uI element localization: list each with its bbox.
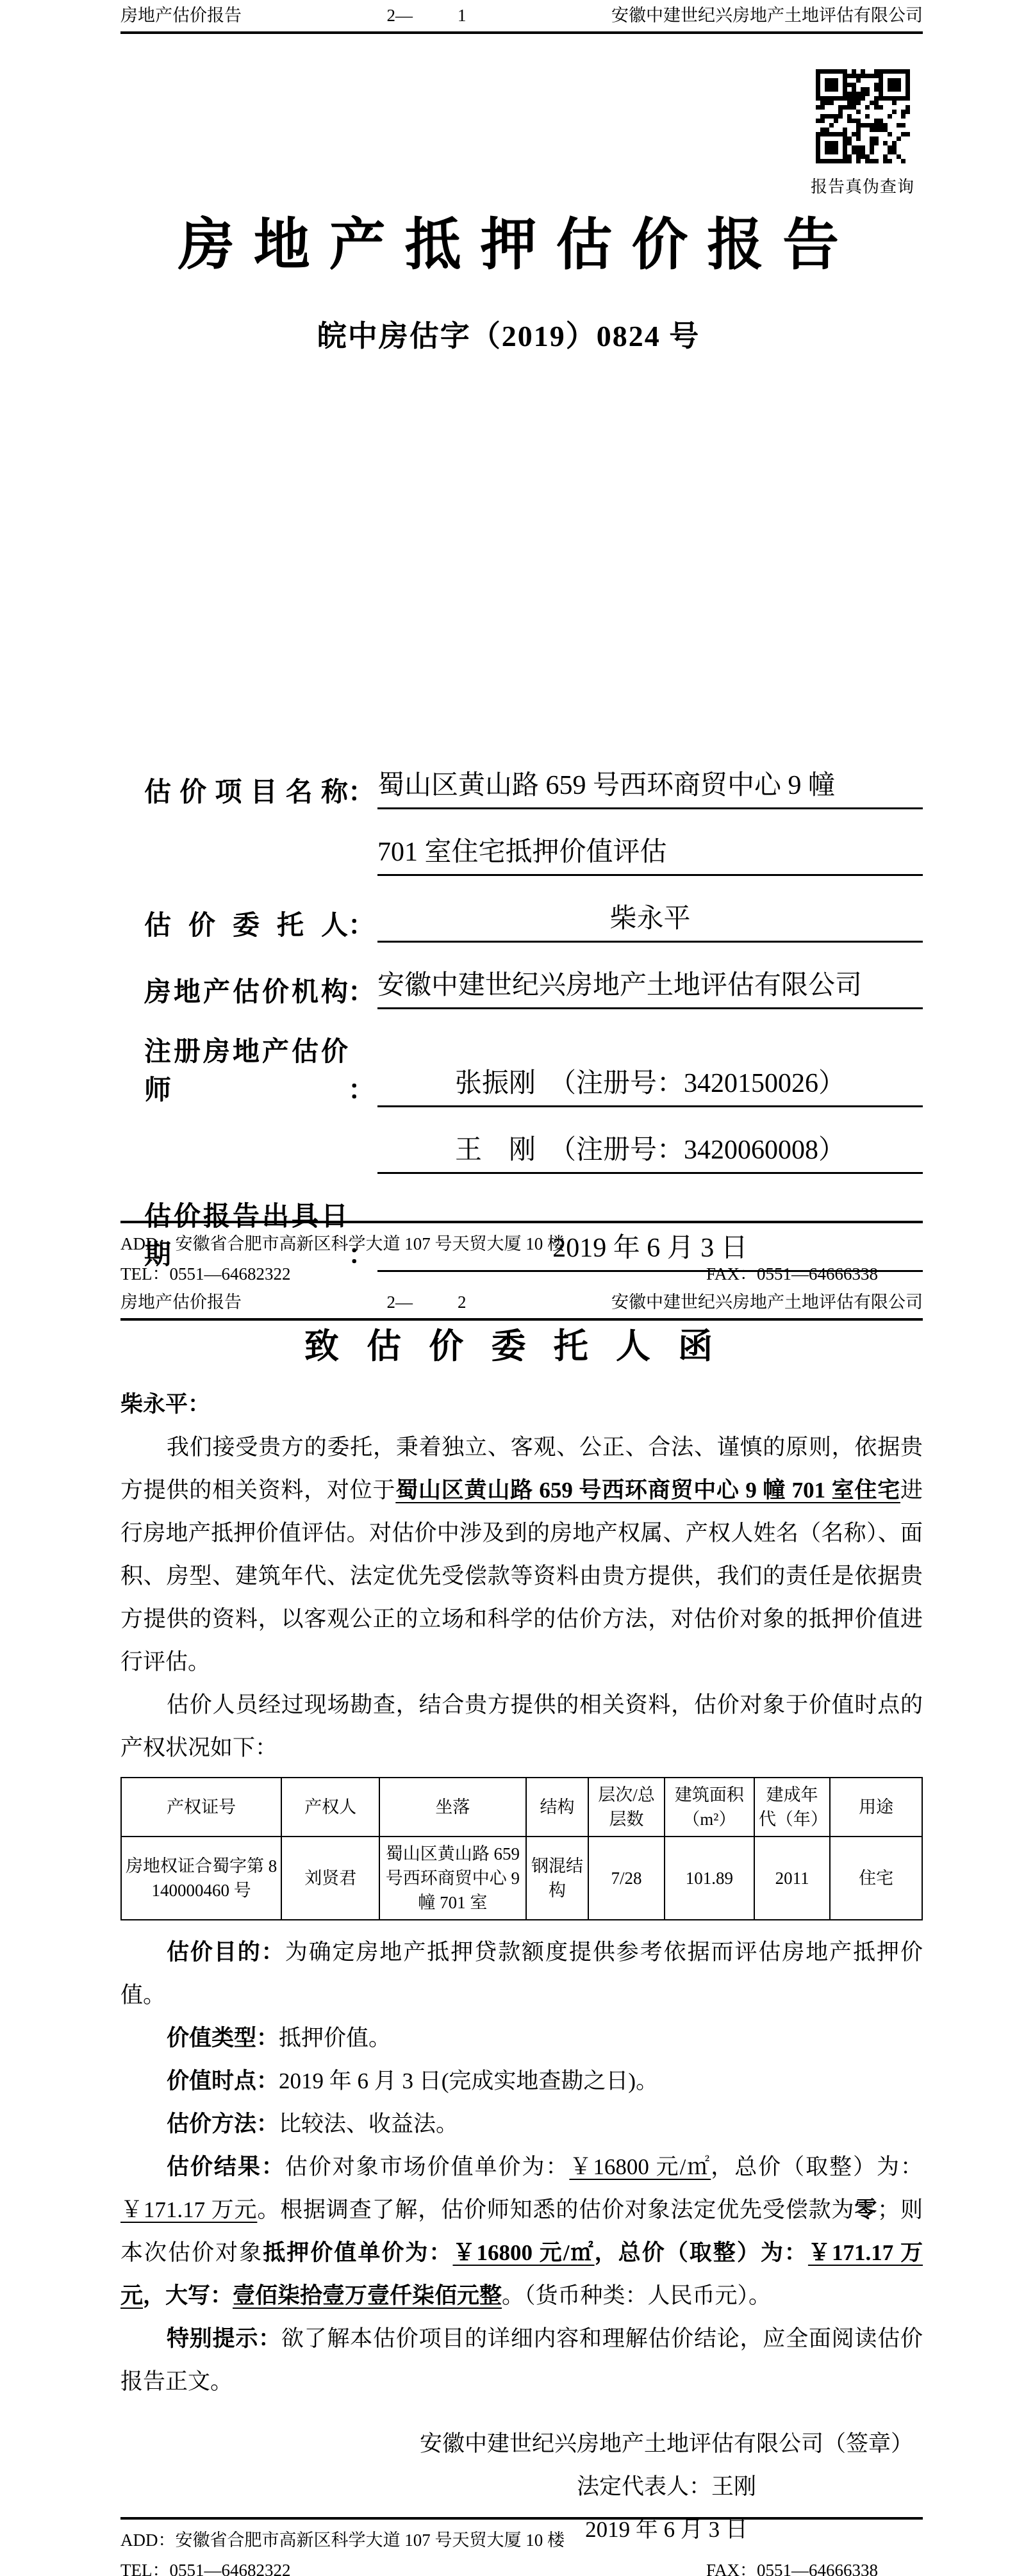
form-value: 701 室住宅抵押价值评估 (377, 830, 923, 876)
letter-paragraph-2: 估价人员经过现场勘查，结合贵方提供的相关资料，估价对象于价值时点的产权状况如下： (120, 1683, 923, 1769)
text-segment: 特别提示： (167, 2326, 281, 2351)
text-segment: 总价（取整）为： (618, 2240, 808, 2265)
form-value: 蜀山区黄山路 659 号西环商贸中心 9 幢 (377, 764, 923, 809)
form-row: 房地产估价机构：安徽中建世纪兴房地产土地评估有限公司 (144, 964, 923, 1009)
qr-caption: 报告真伪查询 (806, 174, 919, 197)
text-segment: 价值时点： (167, 2068, 279, 2093)
form-row: 王 刚 （注册号：3420060008） (144, 1128, 923, 1174)
letter-item: 估价目的：为确定房地产抵押贷款额度提供参考依据而评估房地产抵押价值。 (120, 1931, 923, 2017)
table-header-row: 产权证号产权人坐落结构层次/总层数建筑面积（m²）建成年代（年）用途 (121, 1778, 922, 1837)
table-header-cell: 建筑面积（m²） (665, 1778, 754, 1837)
table-cell: 住宅 (830, 1837, 922, 1920)
letter-item: 估价方法：比较法、收益法。 (120, 2102, 923, 2145)
result-paragraph: 估价结果：估价对象市场价值单价为：￥16800 元/㎡，总价（取整）为：￥171… (120, 2145, 923, 2317)
text-segment: 估价对象市场价值单价为： (285, 2154, 570, 2179)
text-segment: 。（货币种类：人民币元）。 (502, 2283, 771, 2308)
table-cell: 101.89 (665, 1837, 754, 1920)
header-doc-type: 房地产估价报告 (120, 1, 242, 26)
table-cell: 钢混结构 (526, 1837, 589, 1920)
footer-tel: TEL：0551—64682322 (120, 2556, 290, 2576)
text-segment: 蜀山区黄山路 659 号西环商贸中心 9 幢 701 室住宅 (395, 1478, 900, 1503)
form-value: 安徽中建世纪兴房地产土地评估有限公司 (377, 964, 923, 1009)
page1-footer: ADD：安徽省合肥市高新区科学大道 107 号天贸大厦 10 楼 TEL：055… (120, 1221, 923, 1285)
footer-fax: FAX：0551—64666338 (706, 2556, 878, 2576)
header-company: 安徽中建世纪兴房地产土地评估有限公司 (611, 1288, 923, 1313)
text-segment: 零 (854, 2197, 877, 2222)
text-segment: ，总价（取整）为： (711, 2154, 923, 2179)
form-colon: ： (348, 904, 377, 943)
form-label: 注册房地产估价师 (144, 1030, 348, 1107)
report-doc-number: 皖中房估字（2019）0824 号 (0, 313, 1017, 355)
header-page-no: 1 (458, 6, 467, 26)
table-header-cell: 建成年代（年） (754, 1778, 830, 1837)
table-cell: 刘贤君 (281, 1837, 379, 1920)
footer-address: ADD：安徽省合肥市高新区科学大道 107 号天贸大厦 10 楼 (120, 1230, 923, 1255)
table-cell: 蜀山区黄山路 659 号西环商贸中心 9 幢 701 室 (379, 1837, 526, 1920)
form-value: 张振刚 （注册号：3420150026） (377, 1062, 923, 1107)
form-colon: ： (348, 771, 377, 809)
table-cell: 2011 (754, 1837, 830, 1920)
report-document: 房地产估价报告 2— 1 安徽中建世纪兴房地产土地评估有限公司 报告真伪查询 房… (0, 0, 1017, 2576)
report-title: 房地产抵押估价报告 (0, 200, 1017, 281)
header-doc-type: 房地产估价报告 (120, 1288, 242, 1313)
qr-block: 报告真伪查询 (806, 69, 919, 197)
header-page-token: 2— (387, 6, 413, 26)
form-label: 估价项目名称 (144, 771, 348, 809)
footer-tel: TEL：0551—64682322 (120, 1260, 290, 1285)
footer-fax: FAX：0551—64666338 (706, 1260, 878, 1285)
header-page-number: 2— 1 (242, 6, 611, 26)
text-segment: 价值类型： (167, 2026, 279, 2051)
header-page-number: 2— 2 (242, 1292, 611, 1312)
text-segment: 估价人员经过现场勘查，结合贵方提供的相关资料，估价对象于价值时点的产权状况如下： (120, 1692, 923, 1760)
text-segment: 抵押价值。 (279, 2026, 391, 2051)
header-company: 安徽中建世纪兴房地产土地评估有限公司 (611, 1, 923, 26)
text-segment: ￥16800 元/㎡ (569, 2154, 711, 2179)
qr-code-icon (806, 69, 919, 163)
letter-items: 估价目的：为确定房地产抵押贷款额度提供参考依据而评估房地产抵押价值。价值类型：抵… (120, 1931, 923, 2145)
table-header-cell: 产权证号 (121, 1778, 281, 1837)
letter-item: 价值时点：2019 年 6 月 3 日(完成实地查勘之日)。 (120, 2060, 923, 2102)
table-cell: 7/28 (588, 1837, 664, 1920)
letter-salutation: 柴永平： (120, 1383, 923, 1426)
form-row: 估价项目名称：蜀山区黄山路 659 号西环商贸中心 9 幢 (144, 764, 923, 809)
form-colon: ： (348, 1069, 377, 1107)
table-row: 房地权证合蜀字第 8140000460 号刘贤君蜀山区黄山路 659 号西环商贸… (121, 1837, 922, 1920)
text-segment: ， (595, 2240, 618, 2265)
form-row: 注册房地产估价师：张振刚 （注册号：3420150026） (144, 1030, 923, 1107)
letter-item: 价值类型：抵押价值。 (120, 2017, 923, 2060)
table-header-cell: 层次/总层数 (588, 1778, 664, 1837)
letter-title: 致估价委托人函 (0, 1319, 1017, 1368)
text-segment: 壹佰柒拾壹万壹仟柒佰元整 (233, 2283, 502, 2308)
text-segment: 进行房地产抵押价值评估。对估价中涉及到的房地产权属、产权人姓名（名称）、面积、房… (120, 1478, 923, 1674)
header-page-no: 2 (458, 1292, 467, 1312)
table-header-cell: 用途 (830, 1778, 922, 1837)
table-header-cell: 产权人 (281, 1778, 379, 1837)
page2-header: 房地产估价报告 2— 2 安徽中建世纪兴房地产土地评估有限公司 (120, 1287, 923, 1321)
page2-footer: ADD：安徽省合肥市高新区科学大道 107 号天贸大厦 10 楼 TEL：055… (120, 2517, 923, 2576)
signature-legal-rep: 法定代表人：王刚 (410, 2465, 923, 2508)
text-segment: ，大写： (143, 2283, 233, 2308)
form-label: 估价委托人 (144, 904, 348, 943)
form-value: 王 刚 （注册号：3420060008） (377, 1128, 923, 1174)
table-cell: 房地权证合蜀字第 8140000460 号 (121, 1837, 281, 1920)
text-segment: 估价目的： (167, 1940, 285, 1965)
cover-form: 估价项目名称：蜀山区黄山路 659 号西环商贸中心 9 幢701 室住宅抵押价值… (144, 764, 923, 1293)
text-segment: 抵押价值单价为： (263, 2240, 452, 2265)
form-label: 房地产估价机构 (144, 971, 348, 1009)
text-segment: ￥171.17 万元 (120, 2197, 257, 2222)
form-row: 701 室住宅抵押价值评估 (144, 830, 923, 876)
text-segment: ￥16800 元/㎡ (452, 2240, 594, 2265)
letter-body: 柴永平： 我们接受贵方的委托，秉着独立、客观、公正、合法、谨慎的原则，依据贵方提… (120, 1383, 923, 2551)
text-segment: 2019 年 6 月 3 日(完成实地查勘之日)。 (279, 2068, 658, 2093)
header-page-token: 2— (387, 1292, 413, 1312)
ownership-table: 产权证号产权人坐落结构层次/总层数建筑面积（m²）建成年代（年）用途房地权证合蜀… (120, 1777, 923, 1920)
text-segment: 估价结果： (167, 2154, 285, 2179)
table-header-cell: 坐落 (379, 1778, 526, 1837)
notice-paragraph: 特别提示：欲了解本估价项目的详细内容和理解估价结论，应全面阅读估价报告正文。 (120, 2317, 923, 2403)
table-header-cell: 结构 (526, 1778, 589, 1837)
form-colon: ： (348, 971, 377, 1009)
form-row: 估价委托人：柴永平 (144, 897, 923, 943)
text-segment: 比较法、收益法。 (279, 2111, 458, 2136)
text-segment: 。根据调查了解，估价师知悉的估价对象法定优先受偿款为 (257, 2197, 854, 2222)
signature-company: 安徽中建世纪兴房地产土地评估有限公司（签章） (410, 2422, 923, 2465)
page1-header: 房地产估价报告 2— 1 安徽中建世纪兴房地产土地评估有限公司 (120, 0, 923, 34)
text-segment: 估价方法： (167, 2111, 279, 2136)
footer-address: ADD：安徽省合肥市高新区科学大道 107 号天贸大厦 10 楼 (120, 2526, 923, 2551)
form-value: 柴永平 (377, 897, 923, 943)
letter-paragraph-1: 我们接受贵方的委托，秉着独立、客观、公正、合法、谨慎的原则，依据贵方提供的相关资… (120, 1426, 923, 1683)
